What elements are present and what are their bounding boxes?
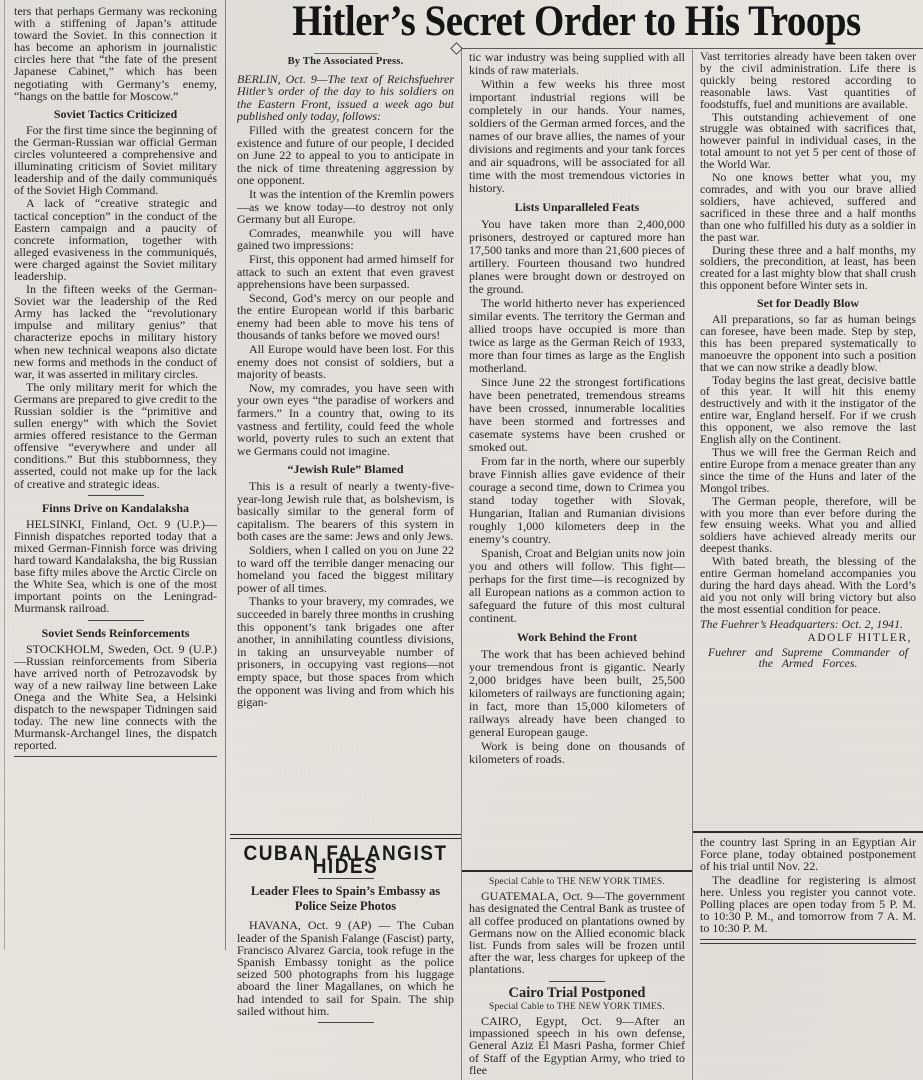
- para: You have taken more than 2,400,000 priso…: [469, 218, 685, 296]
- end-rule: [700, 939, 916, 944]
- divider-rule: [549, 981, 605, 982]
- para: Thanks to your bravery, my comrades, we …: [237, 595, 454, 708]
- subhead-lists-unparalleled-feats: Lists Unparalleled Feats: [469, 201, 685, 214]
- cairo-article-headline: Cairo Trial Postponed: [469, 987, 685, 999]
- para: From far in the north, where our superbl…: [469, 455, 685, 546]
- credit-special-cable: Special Cable to THE NEW YORK TIMES.: [469, 876, 685, 888]
- para: In the fifteen weeks of the German-Sovie…: [14, 283, 217, 380]
- signature-dateline: The Fuehrer’s Headquarters: Oct. 2, 1941…: [700, 619, 916, 631]
- para: With bated breath, the blessing of the e…: [700, 556, 916, 616]
- end-rule: [318, 1022, 374, 1023]
- subhead-work-behind-the-front: Work Behind the Front: [469, 631, 685, 644]
- para: All Europe would have been lost. For thi…: [237, 343, 454, 381]
- end-rule: [14, 756, 217, 757]
- cuban-article-deck: Leader Flees to Spain’s Embassy as Polic…: [239, 884, 452, 914]
- order-article-col4: Vast territories already have been taken…: [700, 50, 916, 829]
- para: It was the intention of the Kremlin powe…: [237, 188, 454, 226]
- subhead-finns-drive: Finns Drive on Kandalaksha: [14, 502, 217, 514]
- divider-rule: [88, 495, 144, 496]
- section-divider-rule: [462, 870, 692, 872]
- column-continuation: tic war industry was being supplied with…: [469, 51, 685, 77]
- para: The world hitherto never has experienced…: [469, 297, 685, 375]
- dateline-intro: BERLIN, Oct. 9—The text of Reichsfuehrer…: [237, 73, 454, 123]
- para: This outstanding achievement of one stru…: [700, 112, 916, 172]
- subhead-soviet-reinforcements: Soviet Sends Reinforcements: [14, 627, 217, 639]
- column-4: Vast territories already have been taken…: [692, 50, 923, 1080]
- article-columns: By The Associated Press.BERLIN, Oct. 9—T…: [230, 50, 923, 1080]
- para: First, this opponent had armed himself f…: [237, 253, 454, 291]
- para: No one knows better what you, my comrade…: [700, 172, 916, 243]
- para: Since June 22 the strongest fortificatio…: [469, 376, 685, 454]
- section-divider-rule: [693, 831, 923, 833]
- headline-underline-rule: [462, 48, 923, 49]
- cairo-continuation: the country last Spring in an Egyptian A…: [700, 836, 916, 873]
- byline-rule: [314, 53, 378, 54]
- cables-articles: Special Cable to THE NEW YORK TIMES.GUAT…: [469, 874, 685, 1080]
- right-bottom-section: the country last Spring in an Egyptian A…: [700, 835, 916, 1080]
- order-article-col2: By The Associated Press.BERLIN, Oct. 9—T…: [237, 50, 454, 832]
- para: The only military merit for which the Ge…: [14, 381, 217, 490]
- para: Filled with the greatest concern for the…: [237, 124, 454, 187]
- subhead-soviet-tactics: Soviet Tactics Criticized: [14, 108, 217, 120]
- para: HAVANA, Oct. 9 (AP) — The Cuban leader o…: [237, 919, 454, 1017]
- byline-associated-press: By The Associated Press.: [237, 56, 454, 69]
- left-column: ters that perhaps Germany was reckoning …: [4, 0, 226, 950]
- registration-notice: The deadline for registering is almost h…: [700, 874, 916, 935]
- para: Within a few weeks his three most import…: [469, 78, 685, 195]
- para: For the first time since the beginning o…: [14, 124, 217, 197]
- para: Thus we will free the German Reich and e…: [700, 447, 916, 495]
- para: HELSINKI, Finland, Oct. 9 (U.P.)—Finnish…: [14, 518, 217, 615]
- credit-special-cable: Special Cable to THE NEW YORK TIMES.: [469, 1001, 685, 1013]
- section-divider-double-rule: [230, 834, 461, 839]
- para: Second, God’s mercy on our people and th…: [237, 292, 454, 342]
- para: Spanish, Croat and Belgian units now joi…: [469, 547, 685, 625]
- signature-adolf-hitler: ADOLF HITLER,: [700, 633, 916, 645]
- para: Soldiers, when I called on you on June 2…: [237, 544, 454, 594]
- subhead-jewish-rule-blamed: “Jewish Rule” Blamed: [237, 463, 454, 476]
- left-col-continuation-para: ters that perhaps Germany was reckoning …: [14, 5, 217, 102]
- para: STOCKHOLM, Sweden, Oct. 9 (U.P.)—Russian…: [14, 643, 217, 752]
- para: The German people, therefore, will be wi…: [700, 496, 916, 556]
- subhead-set-for-deadly-blow: Set for Deadly Blow: [700, 298, 916, 310]
- para: Work is being done on thousands of kilom…: [469, 740, 685, 766]
- para: CAIRO, Egypt, Oct. 9—After an impassione…: [469, 1015, 685, 1076]
- para: GUATEMALA, Oct. 9—The government has des…: [469, 890, 685, 975]
- para: All preparations, so far as human beings…: [700, 314, 916, 374]
- para: This is a result of nearly a twenty-five…: [237, 480, 454, 543]
- para: The work that has been achieved behind y…: [469, 648, 685, 739]
- para: Comrades, meanwhile you will have gained…: [237, 227, 454, 252]
- column-3: tic war industry was being supplied with…: [461, 50, 692, 1080]
- order-article-col3: tic war industry was being supplied with…: [469, 50, 685, 868]
- para: During these three and a half months, my…: [700, 245, 916, 293]
- main-headline: Hitler’s Secret Order to His Troops: [230, 0, 923, 52]
- cuban-article-headline: CUBAN FALANGIST HIDES: [237, 848, 454, 875]
- cuban-article: CUBAN FALANGIST HIDESLeader Flees to Spa…: [237, 841, 454, 1080]
- para: Now, my comrades, you have seen with you…: [237, 382, 454, 458]
- signature-title: Fuehrer and Supreme Commander of the Arm…: [700, 647, 916, 671]
- newspaper-page: ters that perhaps Germany was reckoning …: [0, 0, 923, 1080]
- para: A lack of “creative strategic and tactic…: [14, 197, 217, 282]
- para: Today begins the last great, decisive ba…: [700, 375, 916, 446]
- divider-rule: [88, 620, 144, 621]
- column-continuation: Vast territories already have been taken…: [700, 51, 916, 111]
- column-2: By The Associated Press.BERLIN, Oct. 9—T…: [230, 50, 461, 1080]
